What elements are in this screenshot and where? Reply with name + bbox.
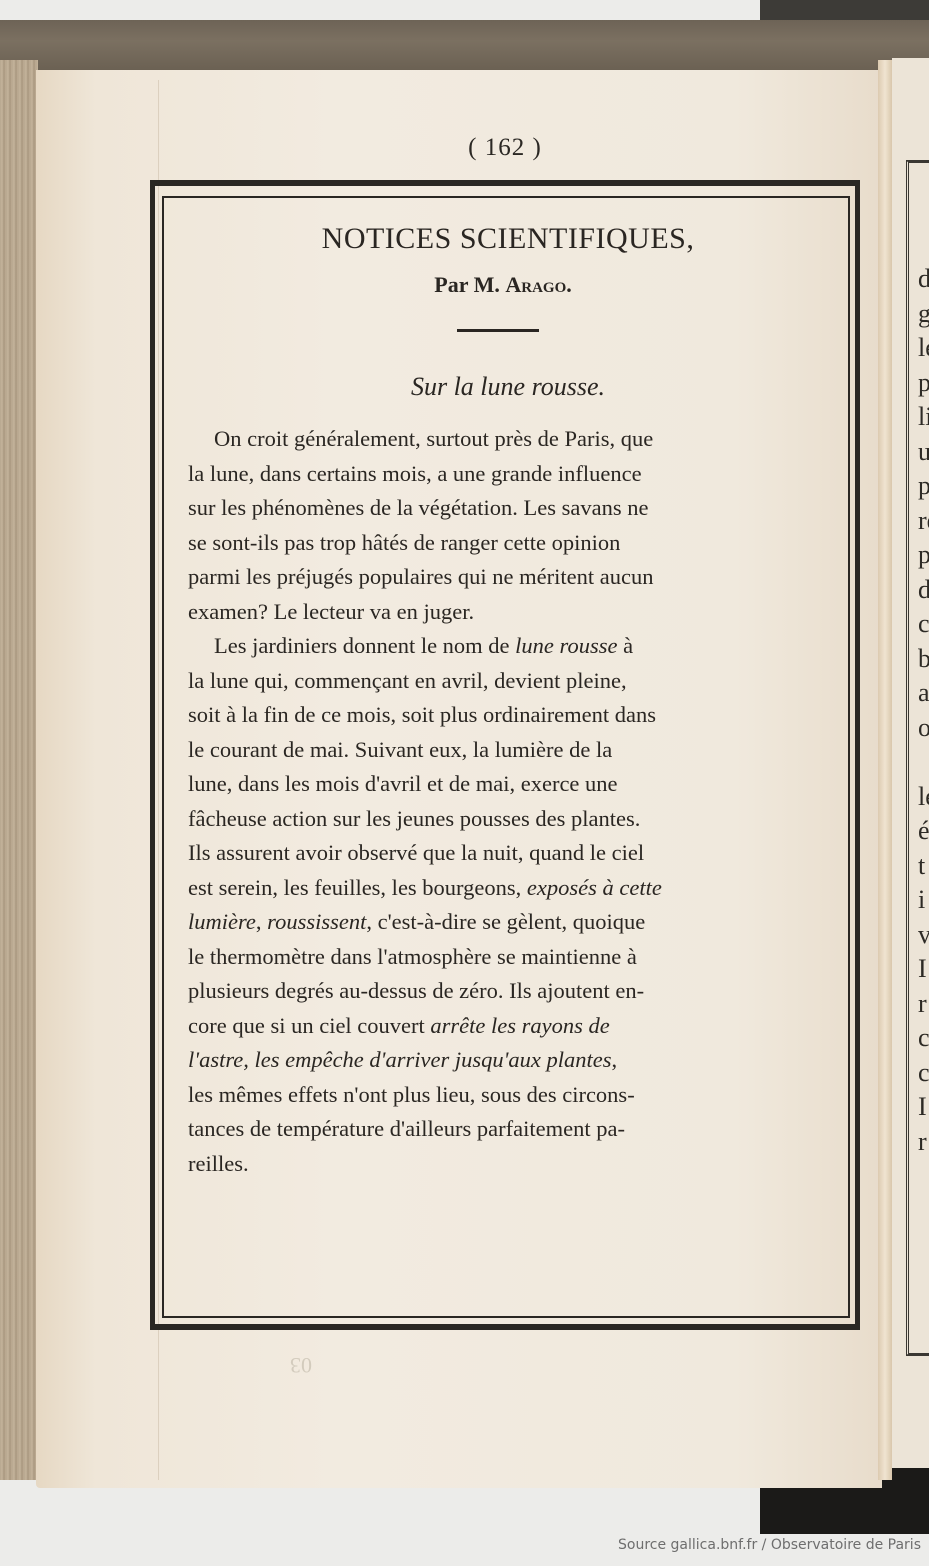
text-line: parmi les préjugés populaires qui ne mér… (188, 560, 848, 595)
facing-page-letter: I (918, 1090, 929, 1125)
facing-page-letter: g (918, 297, 929, 332)
facing-page-letter: v (918, 918, 929, 953)
paragraph: Les jardiniers donnent le nom de lune ro… (188, 629, 848, 1181)
text-line: lune, dans les mois d'avril et de mai, e… (188, 767, 848, 802)
facing-page-letter: d (918, 573, 929, 608)
facing-page-letter: o (918, 711, 929, 746)
facing-page-letter: li (918, 400, 929, 435)
text-line: la lune, dans certains mois, a une grand… (188, 457, 848, 492)
author-name: Arago. (505, 272, 571, 297)
facing-page-letter: c (918, 1021, 929, 1056)
book-top-edge (0, 20, 929, 72)
text-line: soit à la fin de ce mois, soit plus ordi… (188, 698, 848, 733)
text-line: fâcheuse action sur les jeunes pousses d… (188, 802, 848, 837)
section-title: NOTICES SCIENTIFIQUES, (168, 215, 848, 263)
facing-page-letter: é (918, 814, 929, 849)
facing-page-letter: u (918, 435, 929, 470)
bleed-through-mark: 03 (290, 1352, 312, 1378)
author-prefix: Par M. (434, 272, 500, 297)
facing-page-letter: p (918, 366, 929, 401)
page-stack-edge (0, 60, 38, 1480)
page-number: ( 162 ) (0, 134, 929, 162)
facing-page-letter: a (918, 676, 929, 711)
book-gutter (878, 60, 892, 1480)
facing-page-letter: p (918, 538, 929, 573)
text-line: se sont-ils pas trop hâtés de ranger cet… (188, 526, 848, 561)
article-title: Sur la lune rousse. (168, 364, 848, 410)
text-line: Les jardiniers donnent le nom de lune ro… (188, 629, 848, 664)
text-line: lumière, roussissent, c'est-à-dire se gè… (188, 905, 848, 940)
text-line: tances de température d'ailleurs parfait… (188, 1112, 848, 1147)
title-rule (457, 329, 539, 332)
facing-page-letter: le (918, 780, 929, 815)
text-line: reilles. (188, 1147, 848, 1182)
facing-page-letter: I (918, 952, 929, 987)
facing-page-letter (918, 745, 929, 780)
text-line: la lune qui, commençant en avril, devien… (188, 664, 848, 699)
text-line: sur les phénomènes de la végétation. Les… (188, 491, 848, 526)
facing-page-letter: b (918, 642, 929, 677)
text-line: Ils assurent avoir observé que la nuit, … (188, 836, 848, 871)
facing-page-letter: p (918, 469, 929, 504)
facing-page-letter: r (918, 987, 929, 1022)
facing-page-letter: i (918, 883, 929, 918)
article-body: On croit généralement, surtout près de P… (188, 422, 848, 1181)
facing-page-letter: d (918, 262, 929, 297)
text-line: examen? Le lecteur va en juger. (188, 595, 848, 630)
text-line: le courant de mai. Suivant eux, la lumiè… (188, 733, 848, 768)
facing-page-letter: t (918, 849, 929, 884)
facing-page-letter: r (918, 1125, 929, 1160)
text-line: plusieurs degrés au-dessus de zéro. Ils … (188, 974, 848, 1009)
text-line: On croit généralement, surtout près de P… (188, 422, 848, 457)
author-line: Par M. Arago. (158, 263, 848, 307)
facing-page-text: dglepliuprepdcbaoleétivIrccIr (918, 262, 929, 1159)
facing-page-letter: c (918, 607, 929, 642)
facing-page-letter: le (918, 331, 929, 366)
source-credit: Source gallica.bnf.fr / Observatoire de … (618, 1537, 921, 1553)
text-line: l'astre, les empêche d'arriver jusqu'aux… (188, 1043, 848, 1078)
text-line: core que si un ciel couvert arrête les r… (188, 1009, 848, 1044)
text-line: le thermomètre dans l'atmosphère se main… (188, 940, 848, 975)
facing-page-letter: re (918, 504, 929, 539)
paragraph: On croit généralement, surtout près de P… (188, 422, 848, 629)
page-content: NOTICES SCIENTIFIQUES, Par M. Arago. Sur… (188, 215, 848, 1181)
text-line: est serein, les feuilles, les bourgeons,… (188, 871, 848, 906)
facing-page-letter: c (918, 1056, 929, 1091)
text-line: les mêmes effets n'ont plus lieu, sous d… (188, 1078, 848, 1113)
